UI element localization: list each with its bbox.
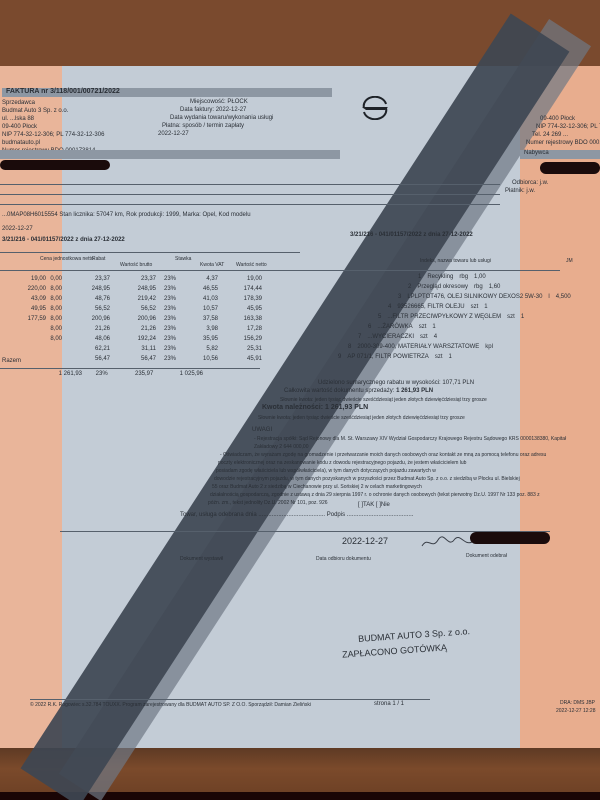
divider bbox=[0, 194, 500, 195]
table-row-name: 82000-309-400, MATERIAŁY WARSZTATOWEkpl bbox=[348, 344, 505, 350]
vehicle-info: ...0MAP08H6015554 Stan licznika: 57047 k… bbox=[2, 212, 251, 218]
table-row-name: 6...ŻARÓWKAszt1 bbox=[368, 324, 442, 330]
redacted-buyer bbox=[540, 162, 600, 174]
col-name: Indeks, nazwa towaru lub usługi bbox=[420, 258, 491, 264]
buyer-label: Nabywca bbox=[524, 150, 549, 156]
header-bottom bbox=[0, 270, 560, 271]
seller-city: 09-400 Płock bbox=[2, 124, 37, 130]
table-row-name: 1Recyklingrbg1,00 bbox=[418, 274, 492, 280]
note-line: - Rejestracja spółki: Sąd Rejonowy dla M… bbox=[254, 436, 566, 442]
col-net: Wartość netto bbox=[236, 262, 267, 268]
seller-label: Sprzedawca bbox=[2, 100, 35, 106]
note-line: późn. zm., tekst jednolity Dz.U. 2002 Nr… bbox=[208, 500, 328, 506]
total-line: Całkowita wartość dokumentu sprzedaży: 1… bbox=[284, 388, 433, 394]
received-date-label: Data odbioru dokumentu bbox=[316, 556, 371, 562]
recipient: Odbiorca: j.w. bbox=[512, 180, 548, 186]
footer-left: © 2022 R.K. Rogowiec s.32.784 TOUXX. Pro… bbox=[30, 702, 311, 708]
consent-checkbox[interactable]: [ ]TAK [ ]Nie bbox=[358, 502, 390, 508]
words-line: Słownie kwota: jeden tysiąc dwieście sze… bbox=[280, 397, 487, 403]
order-date: 2022-12-27 bbox=[2, 226, 33, 232]
col-vat: Kwota VAT bbox=[200, 262, 224, 268]
seller-phone-right: Tel. 24 269 ... bbox=[532, 132, 568, 138]
note-line: działalnością gospodarczą, zgodnie z ust… bbox=[210, 492, 540, 498]
col-rate: Stawka bbox=[175, 256, 191, 262]
summary-row: 1 261,93 23% 235,97 1 025,96 bbox=[40, 371, 203, 377]
summary-divider bbox=[0, 368, 260, 369]
table-row: 56,4756,4723%10,5645,91 bbox=[20, 356, 262, 362]
col-discount: Rabat bbox=[92, 256, 105, 262]
table-row: 43,098,0048,76219,4223%41,03178,39 bbox=[20, 296, 262, 302]
issued-by-label: Dokument wystawił bbox=[180, 556, 223, 562]
table-row: 220,008,00248,95248,9523%46,55174,44 bbox=[20, 286, 262, 292]
page-number: strona 1 / 1 bbox=[374, 701, 404, 707]
table-row: 8,0021,2621,2623%3,9817,28 bbox=[20, 326, 262, 332]
table-top bbox=[0, 252, 300, 253]
table-row: 49,958,0056,5256,5223%10,5745,95 bbox=[20, 306, 262, 312]
col-unit: JM bbox=[566, 258, 573, 264]
seller-name: Budmat Auto 3 Sp. z o.o. bbox=[2, 108, 68, 114]
seller-bdo-right: Numer rejestrowy BDO 000173814 bbox=[526, 140, 600, 146]
note-line: - Oświadczam, że wyrażam zgodę na gromad… bbox=[220, 452, 546, 458]
table-row: 62,2131,1123%5,8225,31 bbox=[20, 346, 262, 352]
table-row-name: 9AP 071/1, FILTR POWIETRZAszt1 bbox=[338, 354, 458, 360]
amount-due: Kwota należności: 1 261,93 PLN bbox=[262, 404, 368, 411]
table-row: 8,0048,06192,2423%35,95156,29 bbox=[20, 336, 262, 342]
discount-line: Udzielono sumarycznego rabatu w wysokośc… bbox=[318, 380, 474, 386]
table-row: 19,000,0023,3723,3723%4,3719,00 bbox=[20, 276, 262, 282]
table-row: 177,598,00200,96200,9623%37,58163,38 bbox=[20, 316, 262, 322]
col-gross: Wartość brutto bbox=[120, 262, 152, 268]
seller-city-right: 09-400 Płock bbox=[540, 116, 575, 122]
divider bbox=[0, 204, 500, 205]
redacted-signature bbox=[470, 532, 550, 544]
order-reference: 3/21/216 - 041/01157/2022 z dnia 27-12-2… bbox=[2, 237, 125, 243]
seller-nip-right: NIP 774-32-12-306; PL 774-32-12-306 bbox=[536, 124, 600, 130]
received-date: 2022-12-27 bbox=[342, 536, 388, 546]
delivery-date: Data wydania towaru/wykonania usługi bbox=[170, 115, 273, 121]
note-line: posiadam zgodę właściciela lub współwłaś… bbox=[216, 468, 436, 474]
invoice-title: FAKTURA nr 3/118/001/00721/2022 bbox=[6, 88, 120, 95]
words-line-2: Słownie kwota: jeden tysiąc dwieście sze… bbox=[258, 415, 465, 421]
seller-web: budmatauto.pl bbox=[2, 140, 40, 146]
table-row-name: 3LPLPTOT476, OLEJ SILNIKOWY DEXOS2 5W-30… bbox=[398, 294, 577, 300]
payment-terms: Płatna: sposób / termin zapłaty bbox=[162, 123, 244, 129]
note-line: Zakładowy 2 644 000,00 bbox=[254, 444, 308, 450]
order-reference-right: 3/21/216 - 041/01157/2022 z dnia 27-12-2… bbox=[350, 232, 473, 238]
footer-right-bottom: 2022-12-27 12:28 bbox=[556, 708, 595, 714]
section-bar bbox=[0, 150, 340, 159]
summary-label: Razem bbox=[2, 358, 21, 364]
table-row-name: 5...FILTR PRZECIWPYŁKOWY Z WĘGLEMszt1 bbox=[378, 314, 530, 320]
issue-place: Miejscowość: PŁOCK bbox=[190, 99, 248, 105]
received-by-label: Dokument odebrał bbox=[466, 553, 507, 559]
footer-right-top: DRA: DMS JBP bbox=[560, 700, 595, 706]
payment-date: 2022-12-27 bbox=[158, 131, 189, 137]
footer-divider bbox=[30, 699, 430, 700]
note-line: dowodzie rejestracyjnym pojazdu, w tym d… bbox=[214, 476, 520, 482]
col-price: Cena jednostkowa netto bbox=[40, 256, 94, 262]
divider bbox=[0, 184, 500, 185]
received-line: Towar, usługa odebrana dnia ............… bbox=[180, 512, 413, 518]
seller-nip: NIP 774-32-12-306; PL 774-32-12-306 bbox=[2, 132, 104, 138]
invoice-date: Data faktury: 2022-12-27 bbox=[180, 107, 246, 113]
table-row-name: 7...WYCIERACZKIszt4 bbox=[358, 334, 443, 340]
redacted-buyer-left bbox=[0, 160, 110, 170]
opel-logo-icon bbox=[358, 96, 392, 120]
note-line: poczty elektronicznej oraz na zeskanowan… bbox=[218, 460, 466, 466]
notes-heading: UWAGI bbox=[252, 427, 272, 433]
seller-street: ul. ...lska 88 bbox=[2, 116, 34, 122]
payer: Płatnik: j.w. bbox=[505, 188, 535, 194]
note-line: 55 oraz Budmat Auto 2 z siedzibą w Ciech… bbox=[212, 484, 422, 490]
table-row-name: 493526665, FILTR OLEJUszt1 bbox=[388, 304, 494, 310]
table-row-name: 2Przegląd okresowyrbg1,60 bbox=[408, 284, 506, 290]
